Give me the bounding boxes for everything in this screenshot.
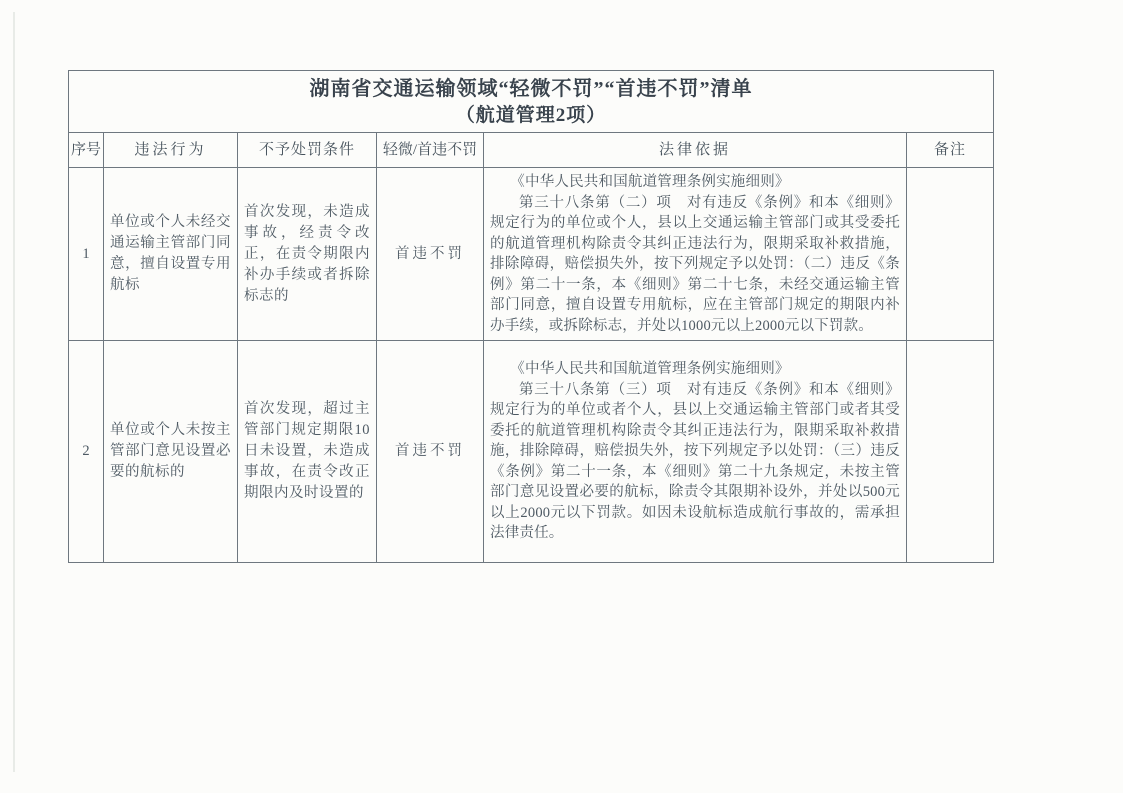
scanned-document-page: 湖南省交通运输领域“轻微不罚”“首违不罚”清单 （航道管理2项） 序号 违法行为… — [0, 0, 1123, 793]
document-title: 湖南省交通运输领域“轻微不罚”“首违不罚”清单 — [73, 76, 989, 103]
row2-condition: 首次发现，超过主管部门规定期限10日未设置，未造成事故，在责令改正期限内及时设置… — [238, 341, 377, 563]
header-type: 轻微/首违不罚 — [377, 133, 484, 168]
header-condition: 不予处罚条件 — [238, 133, 377, 168]
row2-seq: 2 — [69, 341, 104, 563]
row2-remark — [907, 341, 994, 563]
row1-legal-basis: 《中华人民共和国航道管理条例实施细则》 第三十八条第（二）项 对有违反《条例》和… — [484, 168, 907, 341]
table-header-row: 序号 违法行为 不予处罚条件 轻微/首违不罚 法律依据 备注 — [69, 133, 994, 168]
header-legal-basis: 法律依据 — [484, 133, 907, 168]
header-remark: 备注 — [907, 133, 994, 168]
document-subtitle: （航道管理2项） — [73, 103, 989, 128]
scan-edge-artifact — [13, 12, 15, 772]
row2-legal-body: 第三十八条第（三）项 对有违反《条例》和本《细则》规定行为的单位或者个人，县以上… — [490, 380, 900, 544]
row1-seq: 1 — [69, 168, 104, 341]
header-seq: 序号 — [69, 133, 104, 168]
table-row: 1 单位或个人未经交通运输主管部门同意，擅自设置专用航标 首次发现，未造成事故，… — [69, 168, 994, 341]
row1-legal-title: 《中华人民共和国航道管理条例实施细则》 — [490, 172, 900, 193]
row2-type: 首违不罚 — [377, 341, 484, 563]
row2-violation: 单位或个人未按主管部门意见设置必要的航标的 — [104, 341, 238, 563]
table-title-row: 湖南省交通运输领域“轻微不罚”“首违不罚”清单 （航道管理2项） — [69, 71, 994, 133]
row1-condition: 首次发现，未造成事故，经责令改正，在责令期限内补办手续或者拆除标志的 — [238, 168, 377, 341]
row1-legal-body: 第三十八条第（二）项 对有违反《条例》和本《细则》规定行为的单位或个人，县以上交… — [490, 193, 900, 337]
row2-legal-title: 《中华人民共和国航道管理条例实施细则》 — [490, 359, 900, 380]
row1-violation: 单位或个人未经交通运输主管部门同意，擅自设置专用航标 — [104, 168, 238, 341]
regulation-list-table: 湖南省交通运输领域“轻微不罚”“首违不罚”清单 （航道管理2项） 序号 违法行为… — [68, 70, 994, 563]
row1-remark — [907, 168, 994, 341]
row1-type: 首违不罚 — [377, 168, 484, 341]
header-violation: 违法行为 — [104, 133, 238, 168]
table-title-cell: 湖南省交通运输领域“轻微不罚”“首违不罚”清单 （航道管理2项） — [69, 71, 994, 133]
table-row: 2 单位或个人未按主管部门意见设置必要的航标的 首次发现，超过主管部门规定期限1… — [69, 341, 994, 563]
row2-legal-basis: 《中华人民共和国航道管理条例实施细则》 第三十八条第（三）项 对有违反《条例》和… — [484, 341, 907, 563]
